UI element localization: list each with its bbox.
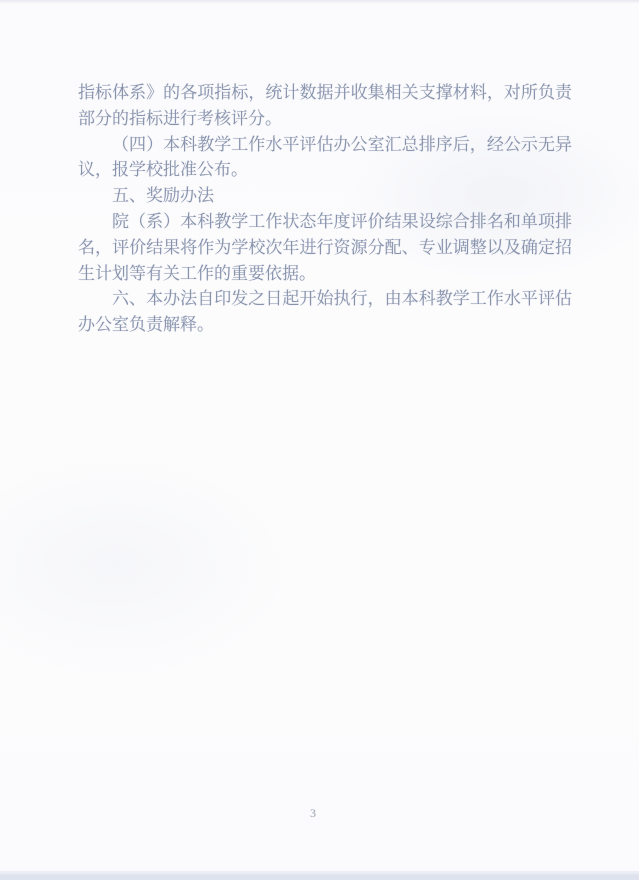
scan-edge-top-artifact — [0, 0, 639, 4]
paragraph-continuation: 指标体系》的各项指标，统计数据并收集相关支撑材料，对所负责部分的指标进行考核评分… — [78, 80, 572, 132]
page-number: 3 — [306, 806, 320, 821]
paragraph-section-five-body: 院（系）本科教学工作状态年度评价结果设综合排名和单项排名，评价结果将作为学校次年… — [78, 209, 572, 286]
section-heading-five: 五、奖励办法 — [78, 183, 572, 209]
paragraph-item-four: （四）本科教学工作水平评估办公室汇总排序后，经公示无异议，报学校批准公布。 — [78, 132, 572, 184]
scan-edge-bottom-artifact — [0, 871, 639, 880]
scanned-page: 指标体系》的各项指标，统计数据并收集相关支撑材料，对所负责部分的指标进行考核评分… — [0, 0, 639, 880]
paragraph-item-six: 六、本办法自印发之日起开始执行，由本科教学工作水平评估办公室负责解释。 — [78, 286, 572, 338]
document-body: 指标体系》的各项指标，统计数据并收集相关支撑材料，对所负责部分的指标进行考核评分… — [78, 80, 572, 338]
